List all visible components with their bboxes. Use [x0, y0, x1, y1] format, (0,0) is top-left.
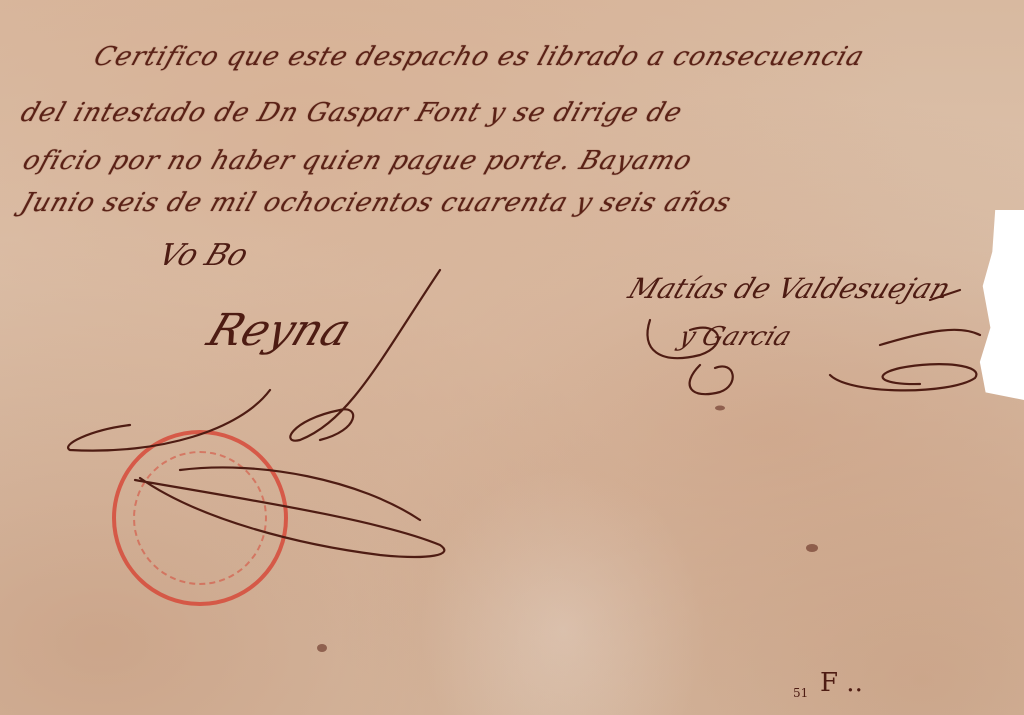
signature-right-line-2: y Garcia	[675, 322, 796, 352]
corner-mark-small: 51	[793, 686, 808, 700]
torn-edge	[976, 210, 1024, 400]
text-line-3: oficio por no haber quien pague porte. B…	[19, 146, 696, 176]
text-line-2: del intestado de Dn Gaspar Font y se dir…	[17, 98, 686, 128]
signature-left: Reyna	[201, 305, 358, 356]
text-line-1: Certifico que este despacho es librado a…	[90, 42, 868, 72]
red-postal-stamp	[112, 430, 288, 606]
approval-mark: Vo Bo	[154, 238, 253, 273]
signature-right-line-1: Matías de Valdesuejan	[624, 272, 955, 305]
corner-mark: F ..	[820, 668, 863, 698]
text-line-4: Junio seis de mil ochocientos cuarenta y…	[17, 188, 735, 218]
stamp-center	[133, 451, 267, 585]
document-page: Certifico que este despacho es librado a…	[0, 0, 1024, 715]
